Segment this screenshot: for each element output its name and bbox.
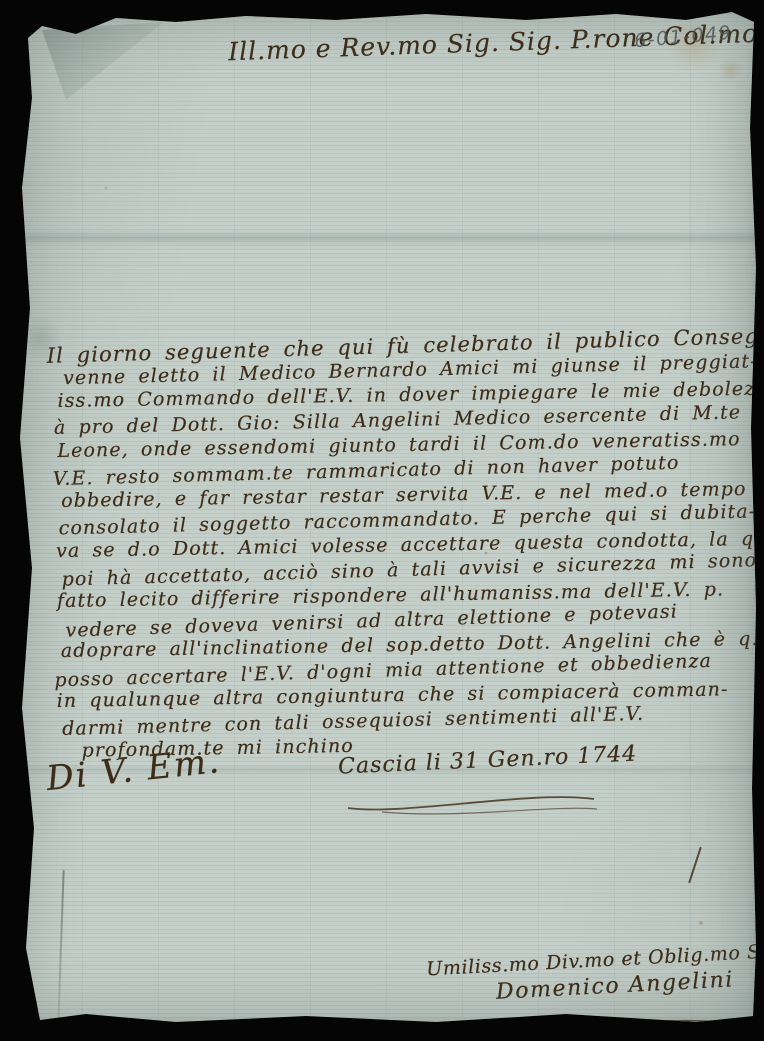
vertical-fold-line [57,870,64,1022]
letter-body: Il giorno seguente che qui fù celebrato … [46,328,753,765]
signature-flourish-swash [476,1014,726,1032]
paper-sheet: Ill.mo e Rev.mo Sig. Sig. P.rone Col.mo … [6,8,758,1026]
scan-background: Ill.mo e Rev.mo Sig. Sig. P.rone Col.mo … [0,0,764,1041]
dateline-flourish-swash [342,786,602,816]
horizontal-crease-upper [6,230,758,246]
stray-pen-mark [688,847,702,884]
torn-corner-fold [36,18,176,106]
signature-block: Umiliss.mo Div.mo et Oblig.mo Ser.re Dom… [426,950,748,1000]
